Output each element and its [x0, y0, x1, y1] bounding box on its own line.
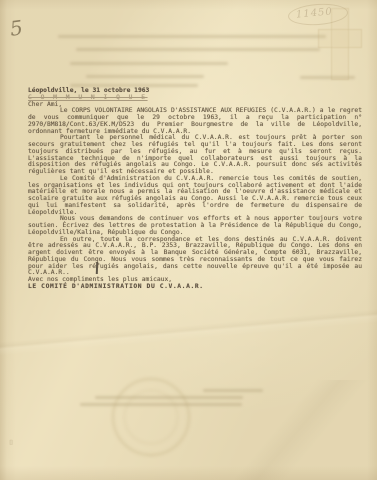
paragraph-2: Pourtant le personnel médical du C.V.A.A… — [28, 135, 362, 176]
bleedthrough-text-line — [58, 35, 326, 38]
struck-heading: C O M M U N I Q U E — [28, 95, 362, 102]
paper-crease — [220, 380, 377, 480]
bleedthrough-text-line — [86, 75, 204, 78]
bleedthrough-text-line — [70, 62, 228, 65]
margin-tick-mark: ⌷ — [9, 439, 16, 444]
paragraph-3: Le Comité d'Administration du C.V.A.A.R.… — [28, 176, 362, 217]
scanned-letter-page: { "document": { "pencil_page_number": "5… — [0, 0, 377, 480]
bleedthrough-round-stamp — [112, 378, 190, 456]
signature-line: LE COMITÉ D'ADMINISTRATION DU C.V.A.A.R. — [28, 284, 362, 291]
paper-crease — [0, 300, 377, 360]
bleedthrough-text-line — [203, 389, 263, 392]
paragraph-5: En outre, toute la correspondance et les… — [28, 237, 362, 278]
cross-stamp-horizontal-bar — [318, 29, 362, 48]
paragraph-1: Le CORPS VOLONTAIRE ANGOLAIS D'ASSISTANC… — [28, 108, 362, 135]
paragraph-4: Nous vous demandons de continuer vos eff… — [28, 216, 362, 236]
page-number-pencil: 5 — [8, 15, 24, 41]
round-stamp-inner-ring — [124, 390, 178, 444]
bleedthrough-text-line — [76, 48, 320, 51]
letter-body: Léopoldville, le 31 octobre 1963 C O M M… — [28, 88, 362, 291]
